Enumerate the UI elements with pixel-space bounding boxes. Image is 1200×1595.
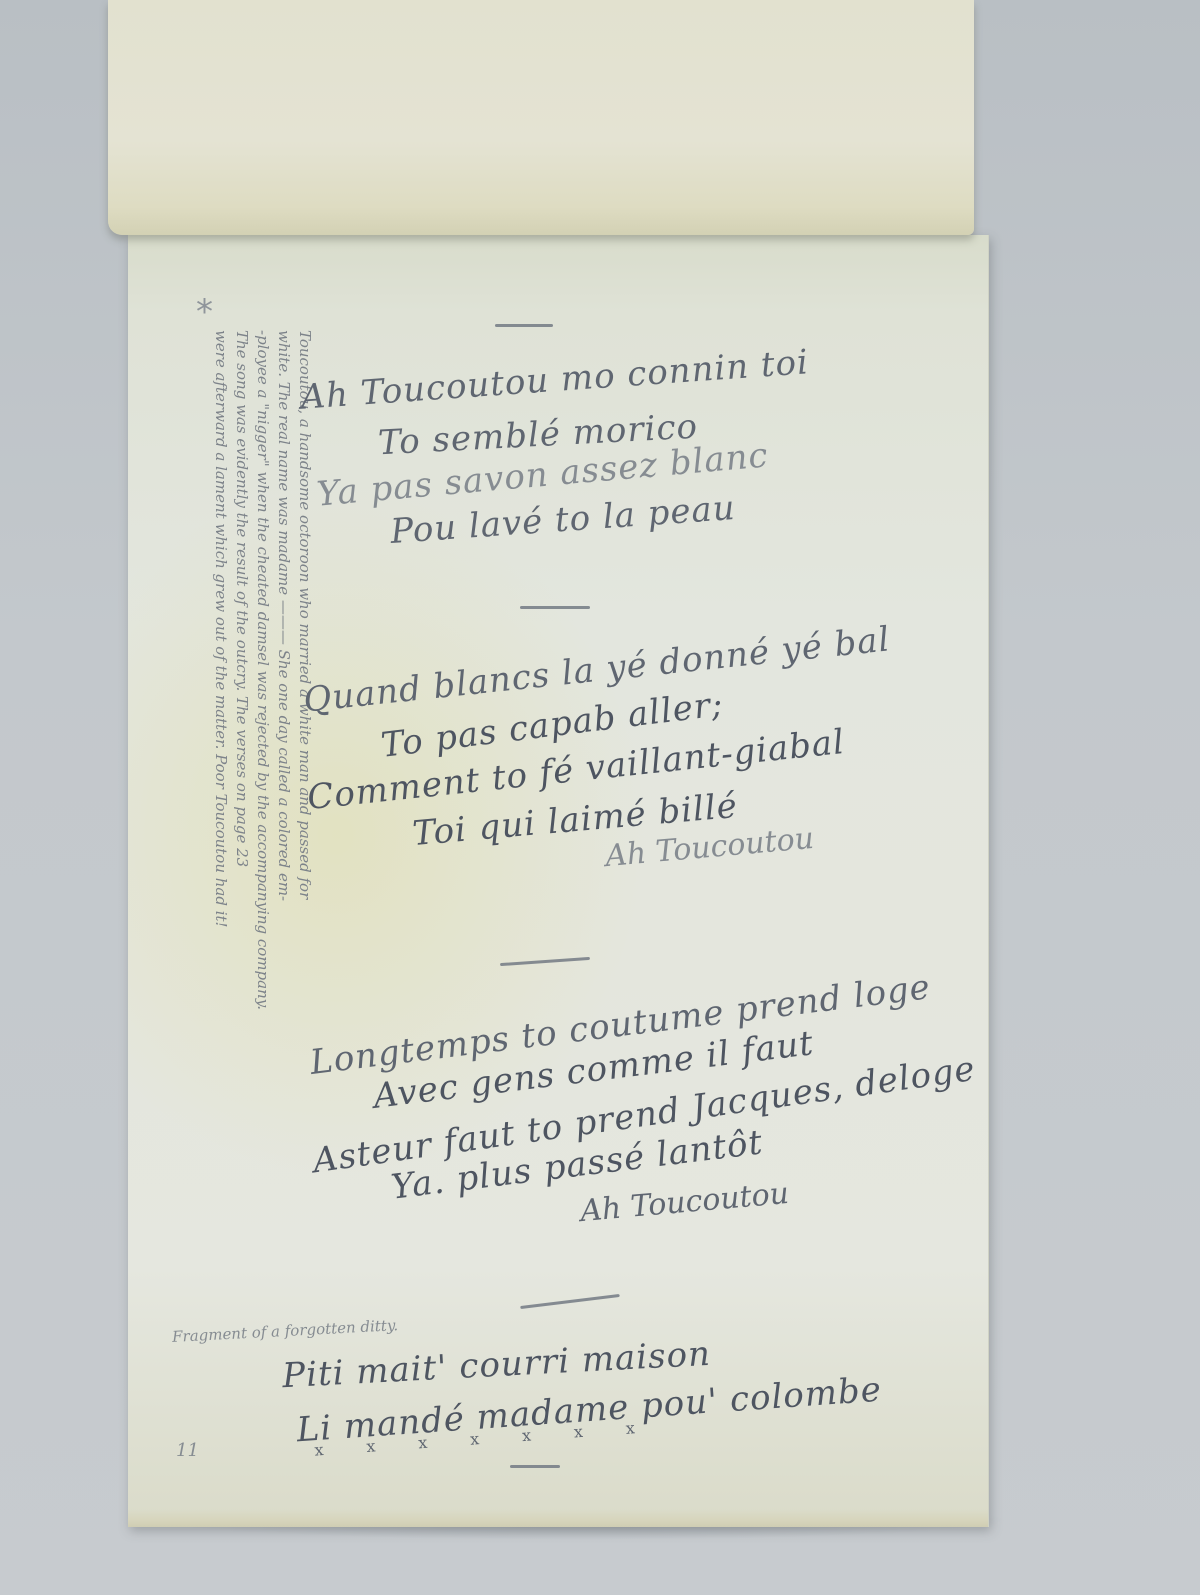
margin-note-line: The song was evidently the result of the… [231,330,252,1340]
x-mark: x [314,1437,367,1460]
x-mark: x [366,1433,419,1456]
x-mark: x [625,1415,678,1438]
section-divider [510,1465,560,1468]
margin-note: Toucoutou, a handsome octoroon who marri… [145,330,315,1340]
x-mark: x [469,1426,522,1449]
margin-note-line: -ployee a "nigger" when the cheated dams… [252,330,273,1340]
x-mark: x [521,1423,574,1446]
margin-note-line: Toucoutou, a handsome octoroon who marri… [294,330,315,1340]
asterisk-mark: * [196,292,213,332]
x-mark: x [573,1419,626,1442]
section-divider [495,324,553,327]
page-number: 11 [176,1440,199,1461]
x-mark: x [418,1430,471,1453]
flipped-top-page [108,0,974,235]
page-stack-edge [128,1509,988,1527]
margin-note-line: white. The real name was madame ——— She … [273,330,294,1340]
margin-note-line: were afterward a lament which grew out o… [210,330,231,1340]
section-divider [520,606,590,609]
